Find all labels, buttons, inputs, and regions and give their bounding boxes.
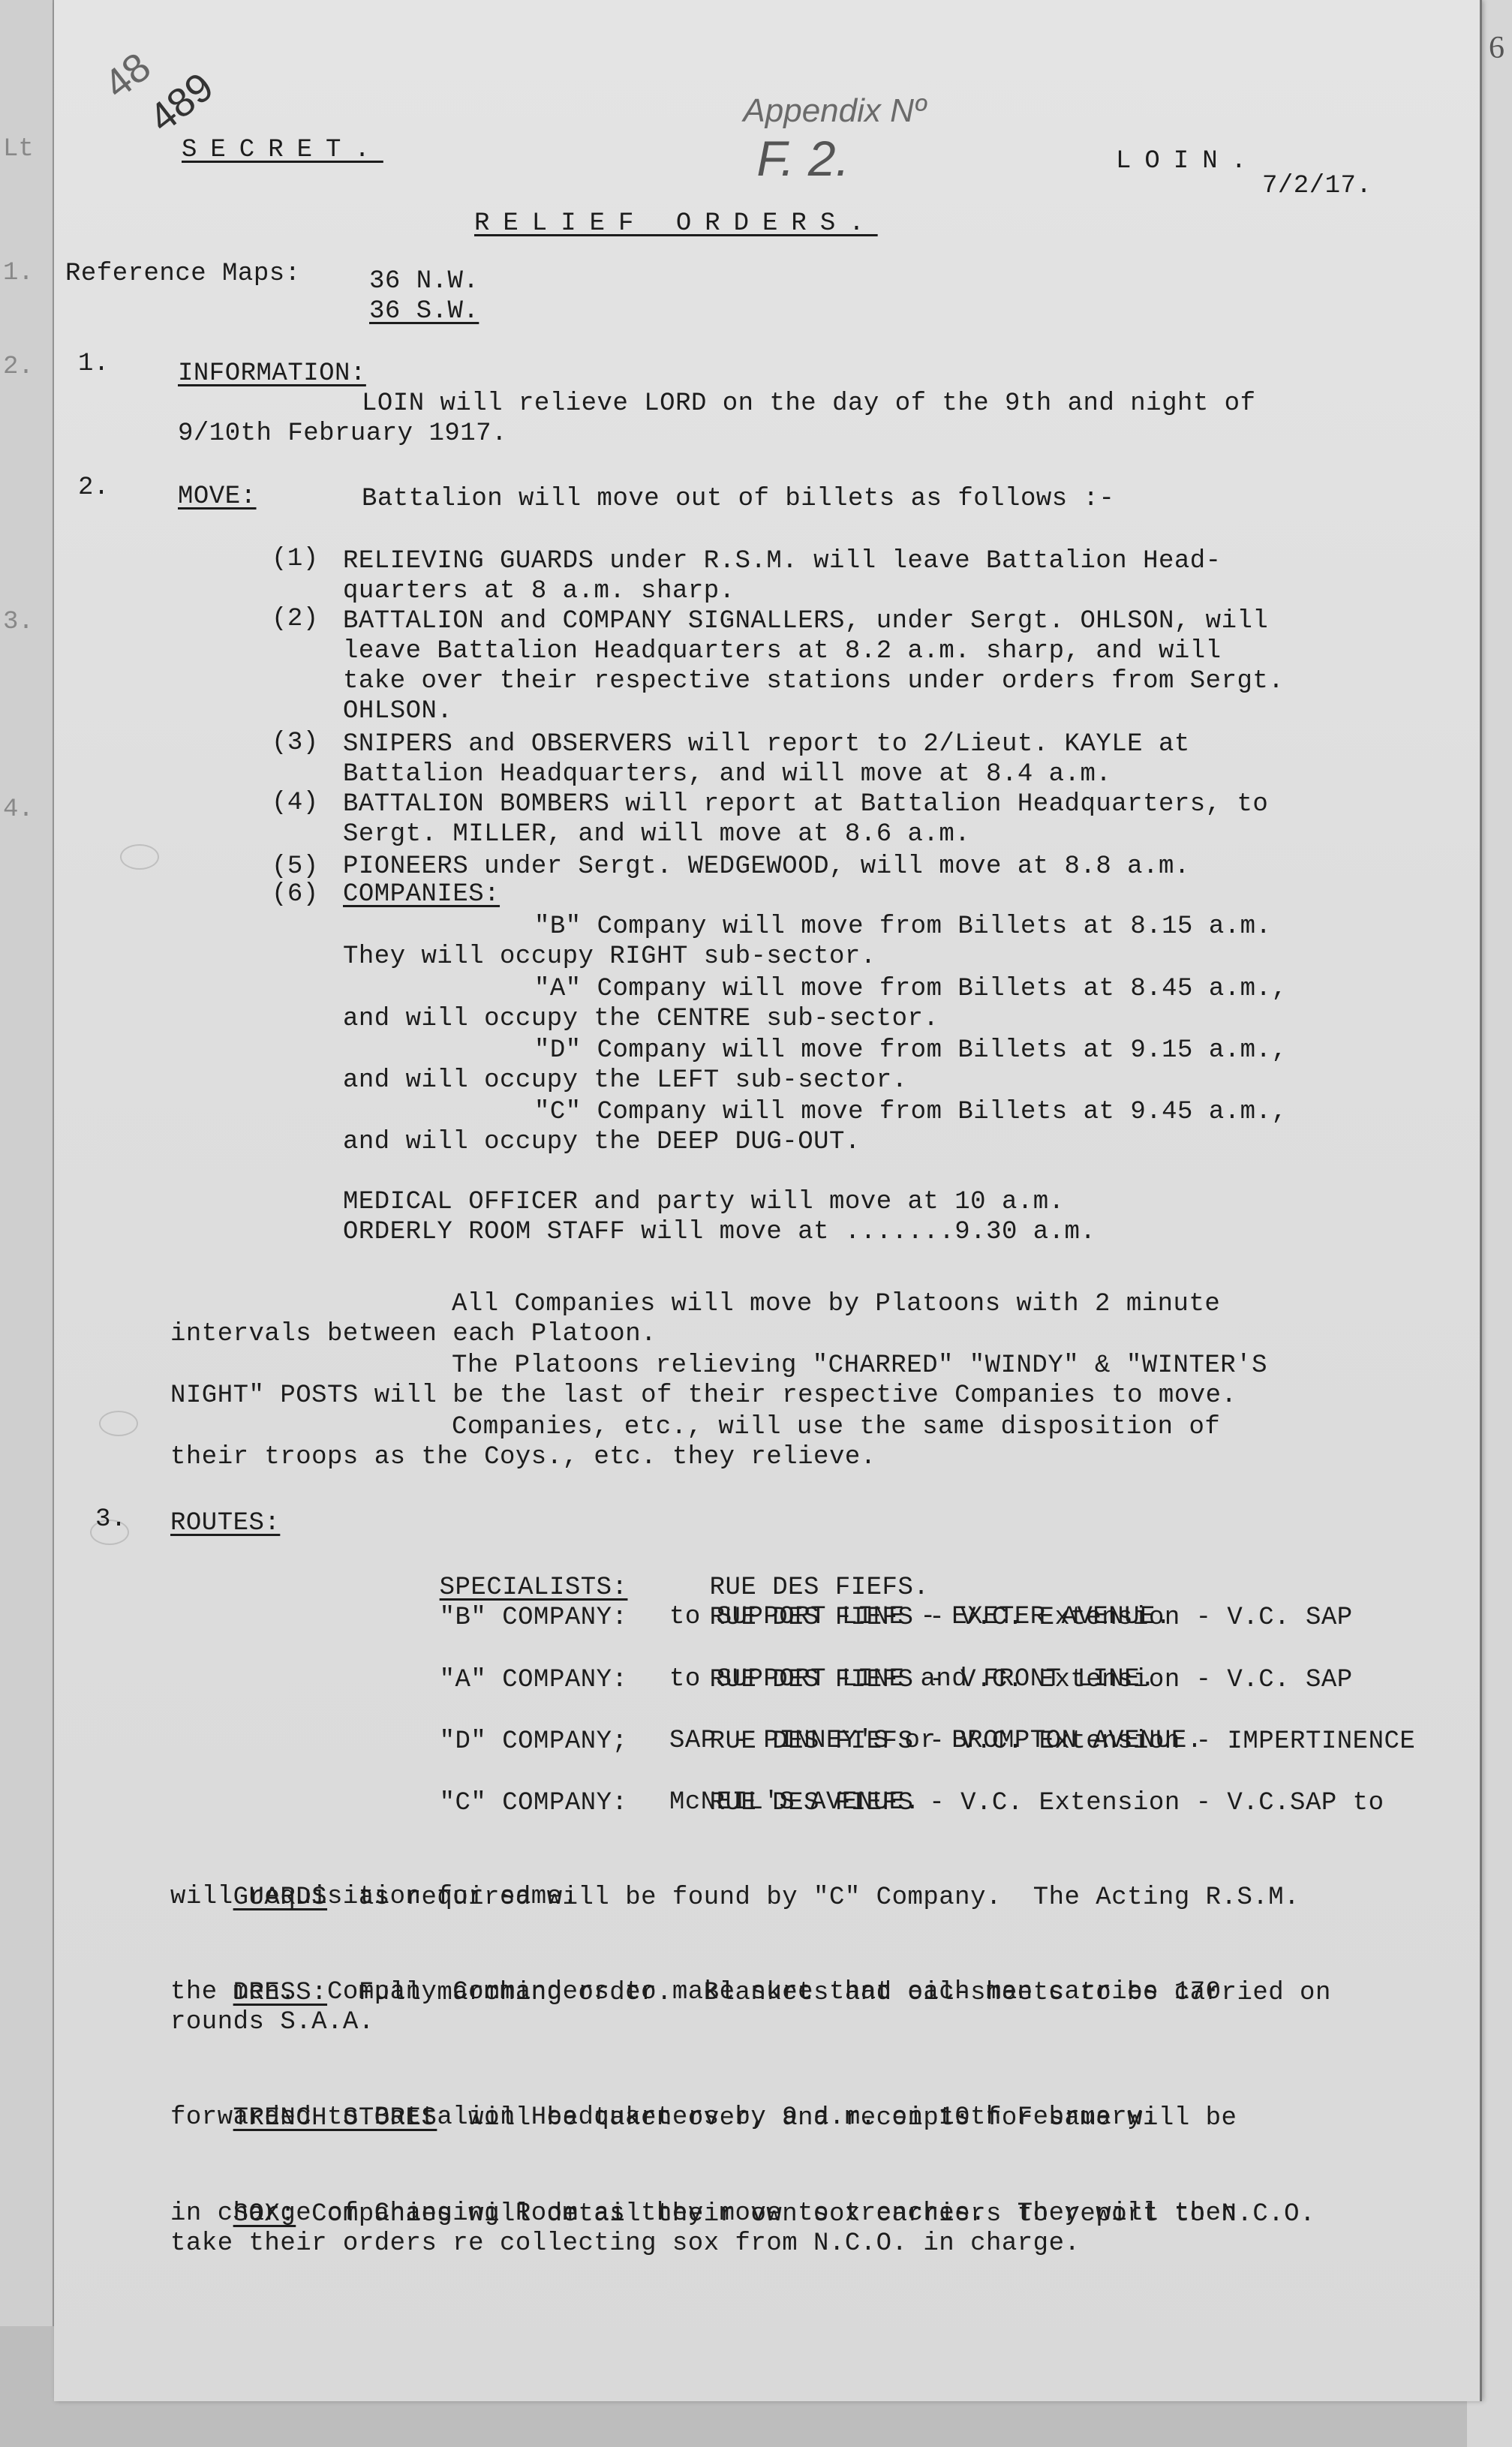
right-edge-mark: 6	[1489, 30, 1504, 66]
company-line: "A" Company will move from Billets at 8.…	[534, 974, 1287, 1005]
move-intro: Battalion will move out of billets as fo…	[362, 484, 1114, 515]
document-title: RELIEF ORDERS.	[474, 209, 878, 239]
medical-officer-line: MEDICAL OFFICER and party will move at 1…	[343, 1187, 1065, 1218]
punch-hole	[99, 1411, 138, 1436]
sox-text: in charge of Changing Room as they move …	[170, 2199, 1237, 2229]
appendix-handwritten: F. 2.	[756, 131, 849, 186]
margin-mark: 4.	[3, 795, 34, 824]
underlying-page-edge: Lt 1. 2. 3. 4.	[0, 0, 54, 2326]
move-item-line: PIONEERS under Sergt. WEDGEWOOD, will mo…	[343, 852, 1190, 882]
route-path: to SUPPORT LINE and FRONT LINE.	[669, 1664, 1156, 1695]
move-item-number: (4)	[272, 788, 319, 819]
dress-text: rounds S.A.A.	[170, 2007, 374, 2038]
section-number: 2.	[78, 473, 110, 504]
reference-maps-label: Reference Maps:	[65, 259, 301, 290]
margin-mark: 1.	[3, 259, 34, 287]
classification: SECRET.	[182, 135, 383, 166]
move-item-line: quarters at 8 a.m. sharp.	[343, 576, 735, 607]
section-heading-move: MOVE:	[178, 482, 257, 513]
section-number: 3.	[95, 1505, 127, 1535]
move-item-number: (2)	[272, 604, 319, 635]
move-item-line: Battalion Headquarters, and will move at…	[343, 759, 1111, 790]
section-heading-routes: ROUTES:	[170, 1508, 280, 1539]
trench-stores-text: forwarded to Battalion Headquarters by 9…	[170, 2103, 1159, 2133]
margin-mark: 3.	[3, 608, 34, 636]
move-item-line: BATTALION BOMBERS will report at Battali…	[343, 789, 1268, 820]
company-line: and will occupy the DEEP DUG-OUT.	[343, 1127, 861, 1158]
move-item-line: take over their respective stations unde…	[343, 666, 1284, 697]
paragraph-line: The Platoons relieving "CHARRED" "WINDY"…	[452, 1351, 1267, 1381]
reference-map: 36 N.W.	[369, 266, 479, 297]
move-item-number: (3)	[272, 728, 319, 759]
company-line: and will occupy the LEFT sub-sector.	[343, 1066, 908, 1096]
paragraph-line: intervals between each Platoon.	[170, 1319, 657, 1350]
move-item-line: SNIPERS and OBSERVERS will report to 2/L…	[343, 729, 1190, 760]
move-item-line: BATTALION and COMPANY SIGNALLERS, under …	[343, 606, 1268, 637]
dress-text: the men. Company Commanders to make sure…	[170, 1977, 1222, 2008]
appendix-label: Appendix Nº F. 2.	[714, 79, 926, 200]
reference-map: 36 S.W.	[369, 296, 479, 327]
sox-text: take their orders re collecting sox from…	[170, 2229, 1080, 2259]
move-item-line: RELIEVING GUARDS under R.S.M. will leave…	[343, 546, 1222, 577]
paragraph-line: All Companies will move by Platoons with…	[452, 1289, 1220, 1320]
date: 7/2/17.	[1262, 171, 1372, 202]
paragraph-line: their troops as the Coys., etc. they rel…	[170, 1442, 876, 1473]
paragraph-line: NIGHT" POSTS will be the last of their r…	[170, 1381, 1237, 1411]
move-item-line: OHLSON.	[343, 696, 452, 727]
margin-mark: Lt	[3, 135, 34, 164]
route-path: McNEIL'S AVENUE.	[669, 1787, 920, 1818]
companies-heading: COMPANIES:	[343, 879, 500, 910]
punch-hole	[120, 844, 159, 870]
company-line: and will occupy the CENTRE sub-sector.	[343, 1004, 939, 1035]
move-item-number: (5)	[272, 852, 319, 882]
origin: LOIN.	[1116, 146, 1260, 177]
section-number: 1.	[78, 349, 110, 380]
company-line: They will occupy RIGHT sub-sector.	[343, 942, 876, 972]
move-item-number: (1)	[272, 544, 319, 575]
information-line: 9/10th February 1917.	[178, 419, 507, 449]
route-path: SAP - PINNEY'S or BROMPTON AVENUE.	[669, 1726, 1203, 1757]
paragraph-line: Companies, etc., will use the same dispo…	[452, 1412, 1220, 1443]
move-item-line: leave Battalion Headquarters at 8.2 a.m.…	[343, 636, 1222, 667]
appendix-printed: Appendix Nº	[743, 92, 926, 129]
guards-text: will requisition for same.	[170, 1882, 579, 1913]
document-page: 48 489 Appendix Nº F. 2. SECRET. LOIN. 7…	[54, 0, 1482, 2401]
information-line: LOIN will relieve LORD on the day of the…	[362, 389, 1256, 419]
margin-mark: 2.	[3, 353, 34, 381]
section-heading-information: INFORMATION:	[178, 359, 366, 389]
orderly-room-line: ORDERLY ROOM STAFF will move at .......9…	[343, 1217, 1096, 1248]
company-line: "D" Company will move from Billets at 9.…	[534, 1036, 1287, 1066]
route-path: to SUPPORT LINE - EXETER AVENUE.	[669, 1602, 1171, 1633]
move-item-line: Sergt. MILLER, and will move at 8.6 a.m.	[343, 819, 970, 850]
company-line: "C" Company will move from Billets at 9.…	[534, 1097, 1287, 1128]
company-line: "B" Company will move from Billets at 8.…	[534, 912, 1271, 942]
move-item-number: (6)	[272, 879, 319, 910]
